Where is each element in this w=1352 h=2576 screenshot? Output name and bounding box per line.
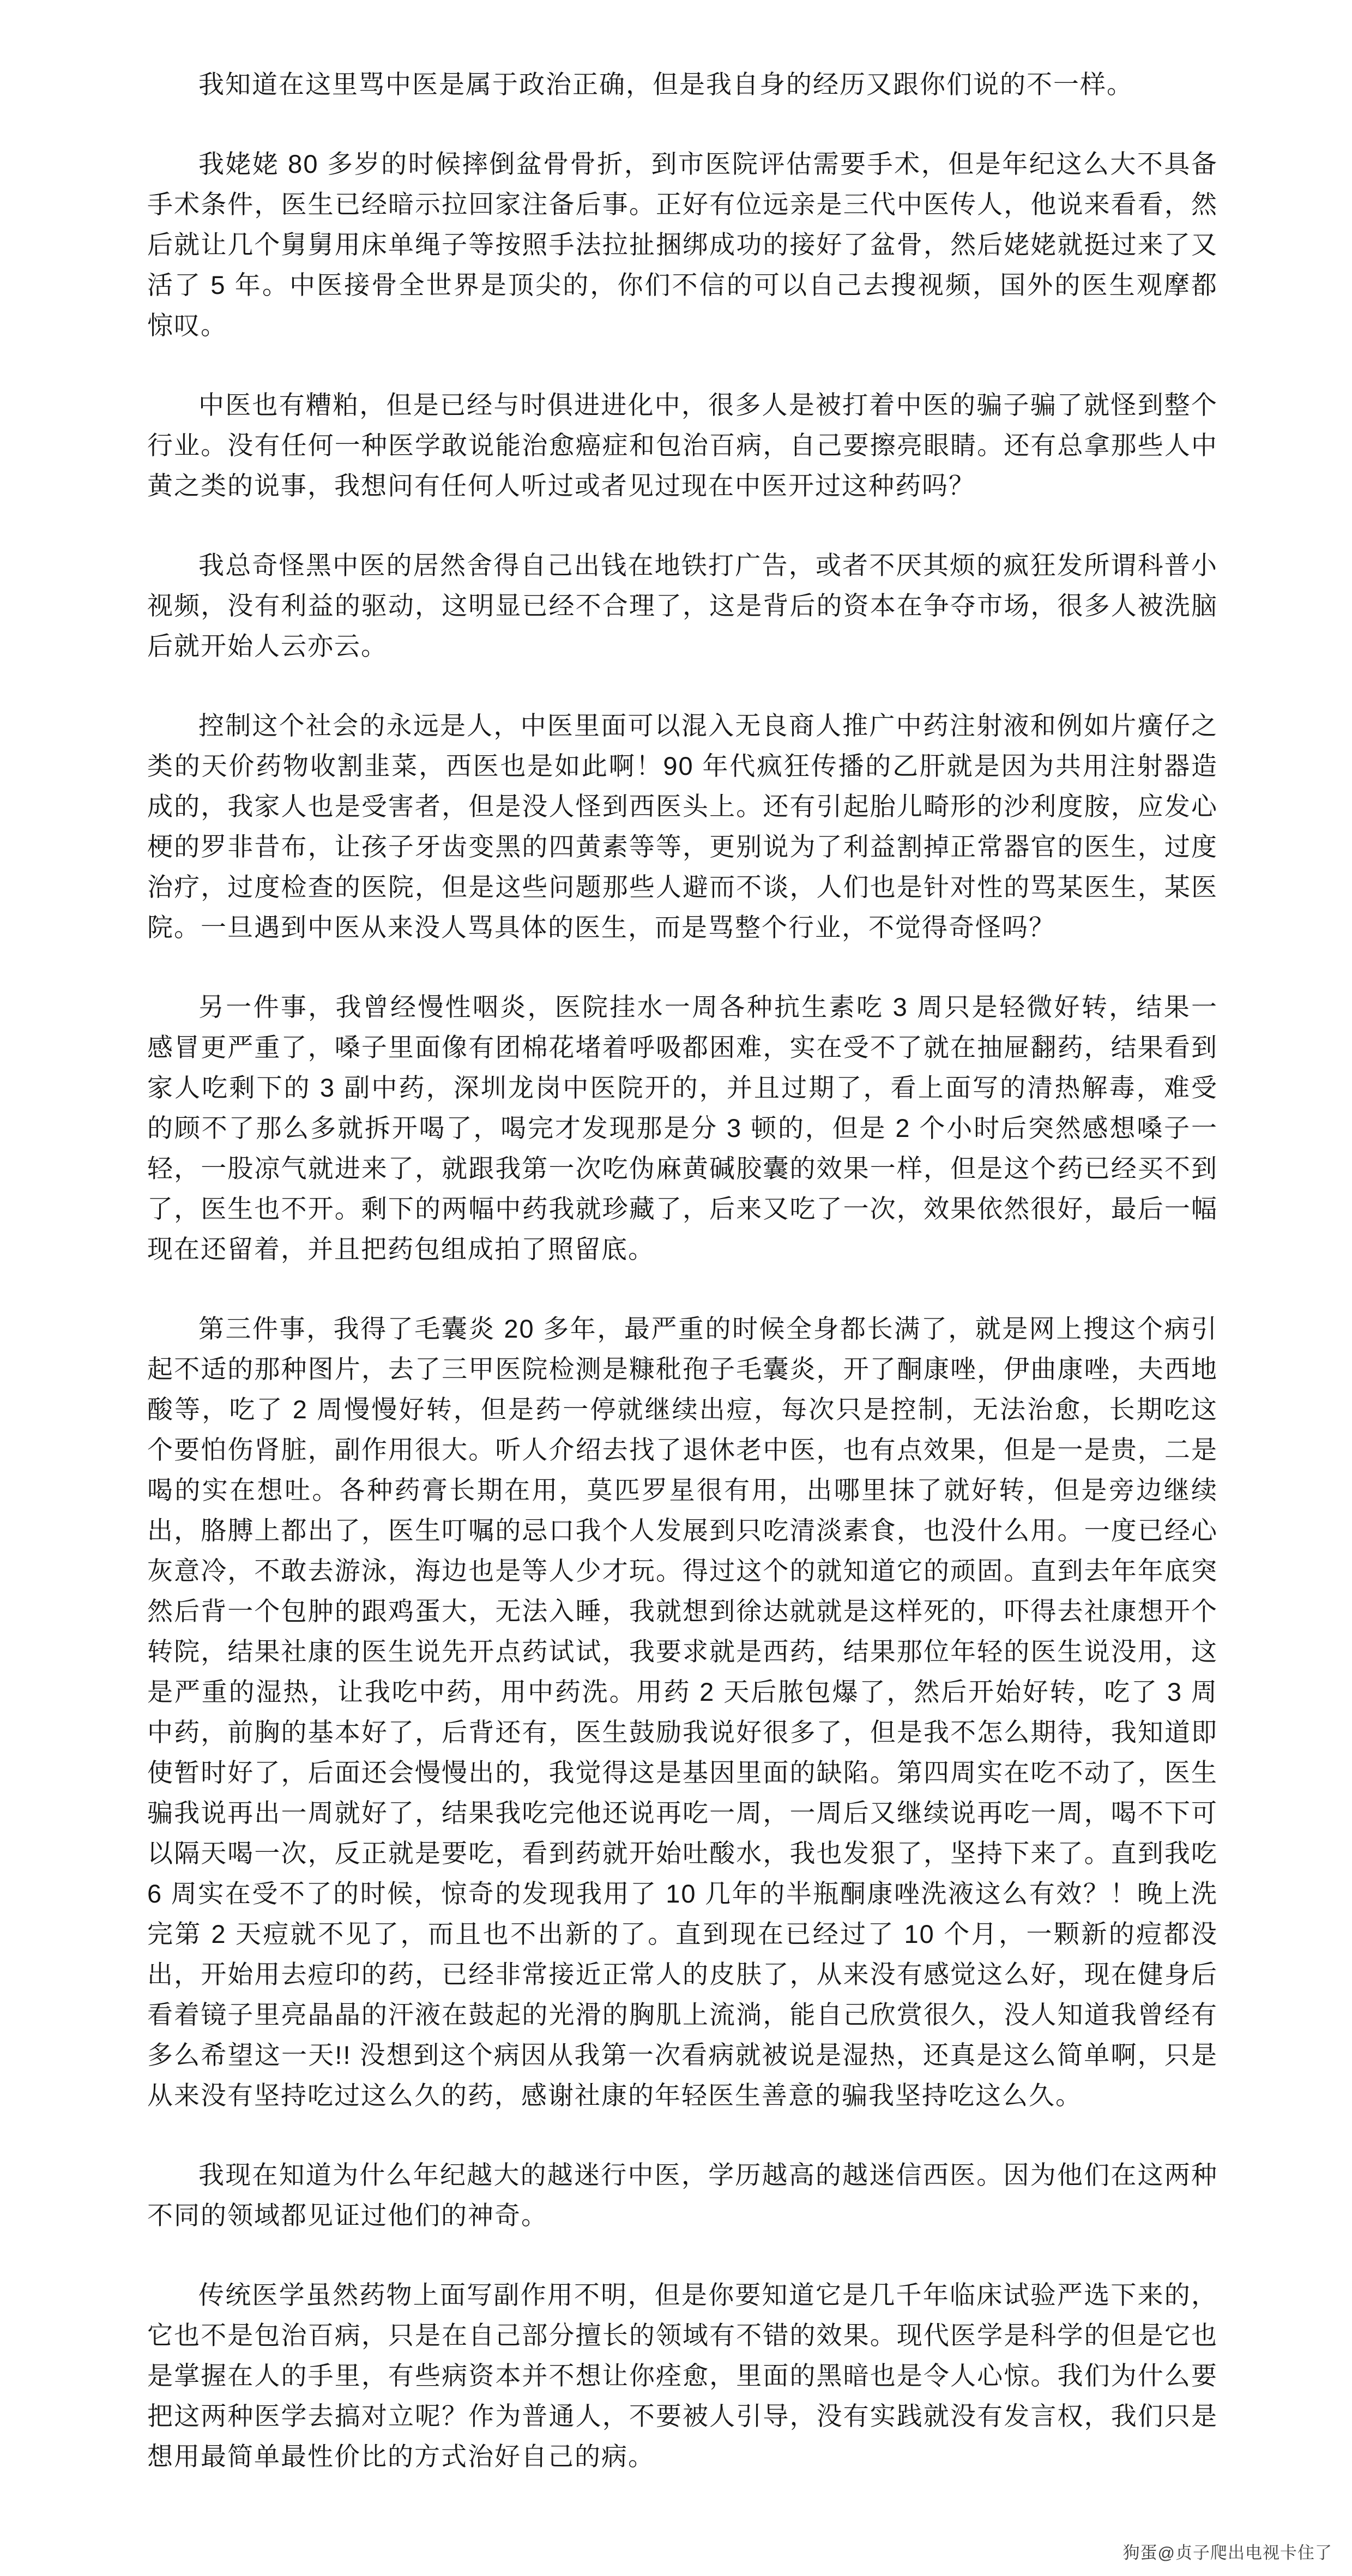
paragraph: 传统医学虽然药物上面写副作用不明，但是你要知道它是几千年临床试验严选下来的，它也…	[147, 2275, 1218, 2477]
paragraph: 第三件事，我得了毛囊炎 20 多年，最严重的时候全身都长满了，就是网上搜这个病引…	[147, 1309, 1218, 2116]
essay-body: 我知道在这里骂中医是属于政治正确，但是我自身的经历又跟你们说的不一样。 我姥姥 …	[147, 64, 1218, 2516]
paragraph: 另一件事，我曾经慢性咽炎，医院挂水一周各种抗生素吃 3 周只是轻微好转，结果一感…	[147, 987, 1218, 1269]
paragraph: 我姥姥 80 多岁的时候摔倒盆骨骨折，到市医院评估需要手术，但是年纪这么大不具备…	[147, 144, 1218, 346]
paragraph: 中医也有糟粕，但是已经与时俱进进化中，很多人是被打着中医的骗子骗了就怪到整个行业…	[147, 385, 1218, 506]
paragraph: 控制这个社会的永远是人，中医里面可以混入无良商人推广中药注射液和例如片癀仔之类的…	[147, 706, 1218, 948]
paragraph: 我现在知道为什么年纪越大的越迷行中医，学历越高的越迷信西医。因为他们在这两种不同…	[147, 2155, 1218, 2236]
paragraph: 我总奇怪黑中医的居然舍得自己出钱在地铁打广告，或者不厌其烦的疯狂发所谓科普小视频…	[147, 545, 1218, 666]
author-watermark: 狗蛋@贞子爬出电视卡住了	[1123, 2542, 1332, 2564]
document-page: 我知道在这里骂中医是属于政治正确，但是我自身的经历又跟你们说的不一样。 我姥姥 …	[0, 0, 1352, 2576]
paragraph: 我知道在这里骂中医是属于政治正确，但是我自身的经历又跟你们说的不一样。	[147, 64, 1218, 105]
